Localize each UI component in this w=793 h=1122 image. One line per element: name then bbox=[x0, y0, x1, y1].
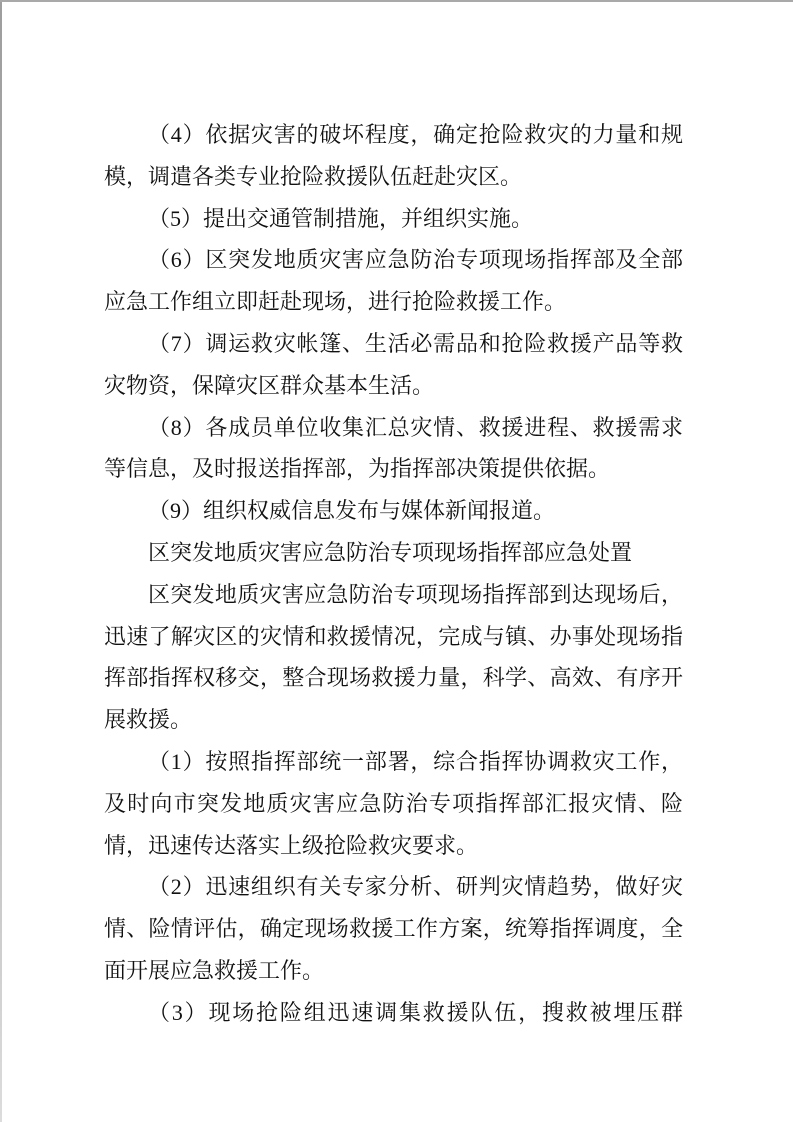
text-line: 应急工作组立即赶赴现场，进行抢险救援工作。 bbox=[104, 281, 683, 323]
text-line: 面开展应急救援工作。 bbox=[104, 950, 683, 992]
document-body: （4）依据灾害的破坏程度，确定抢险救灾的力量和规 模，调遣各类专业抢险救援队伍赶… bbox=[104, 114, 683, 1034]
text-line: （2）迅速组织有关专家分析、研判灾情趋势，做好灾 bbox=[104, 866, 683, 908]
text-line: 挥部指挥权移交，整合现场救援力量，科学、高效、有序开 bbox=[104, 657, 683, 699]
text-line: 灾物资，保障灾区群众基本生活。 bbox=[104, 365, 683, 407]
text-line: 模，调遣各类专业抢险救援队伍赶赴灾区。 bbox=[104, 156, 683, 198]
text-line: 区突发地质灾害应急防治专项现场指挥部到达现场后， bbox=[104, 574, 683, 616]
text-line: （3）现场抢险组迅速调集救援队伍，搜救被埋压群众， bbox=[104, 992, 683, 1034]
text-line: （4）依据灾害的破坏程度，确定抢险救灾的力量和规 bbox=[104, 114, 683, 156]
document-page: （4）依据灾害的破坏程度，确定抢险救灾的力量和规 模，调遣各类专业抢险救援队伍赶… bbox=[0, 0, 793, 1122]
text-line: （6）区突发地质灾害应急防治专项现场指挥部及全部 bbox=[104, 239, 683, 281]
text-line: 展救援。 bbox=[104, 699, 683, 741]
text-line: （1）按照指挥部统一部署，综合指挥协调救灾工作， bbox=[104, 741, 683, 783]
text-line: 等信息，及时报送指挥部，为指挥部决策提供依据。 bbox=[104, 448, 683, 490]
section-heading-line: 区突发地质灾害应急防治专项现场指挥部应急处置 bbox=[104, 532, 683, 574]
text-line: 及时向市突发地质灾害应急防治专项指挥部汇报灾情、险 bbox=[104, 783, 683, 825]
text-line: （9）组织权威信息发布与媒体新闻报道。 bbox=[104, 490, 683, 532]
text-line: （7）调运救灾帐篷、生活必需品和抢险救援产品等救 bbox=[104, 323, 683, 365]
text-line: 迅速了解灾区的灾情和救援情况，完成与镇、办事处现场指 bbox=[104, 616, 683, 658]
text-line: （8）各成员单位收集汇总灾情、救援进程、救援需求 bbox=[104, 407, 683, 449]
page-left-edge bbox=[0, 2, 2, 1122]
text-line: 情，迅速传达落实上级抢险救灾要求。 bbox=[104, 825, 683, 867]
text-line: 情、险情评估，确定现场救援工作方案，统筹指挥调度，全 bbox=[104, 908, 683, 950]
text-line: （5）提出交通管制措施，并组织实施。 bbox=[104, 198, 683, 240]
